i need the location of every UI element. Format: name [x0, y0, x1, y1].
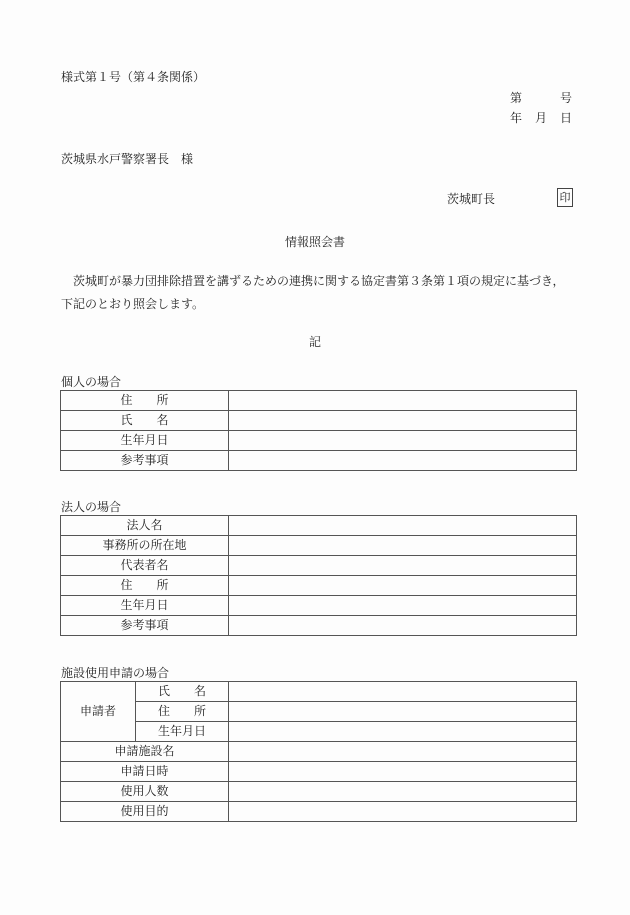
row-label: 申請日時 [61, 762, 229, 782]
table-row: 法人名 [61, 516, 577, 536]
date-month: 月 [535, 109, 547, 126]
individual-table: 住 所 氏 名 生年月日 参考事項 [60, 390, 577, 471]
table-row: 住 所 [61, 702, 577, 722]
date-day: 日 [560, 109, 572, 126]
row-label: 住 所 [61, 576, 229, 596]
representative-name-field[interactable] [229, 556, 577, 576]
row-label: 申請施設名 [61, 742, 229, 762]
row-label: 住 所 [136, 702, 229, 722]
row-label: 使用人数 [61, 782, 229, 802]
row-label: 参考事項 [61, 451, 229, 471]
corporation-table: 法人名 事務所の所在地 代表者名 住 所 生年月日 参考事項 [60, 515, 577, 636]
birthdate-field[interactable] [229, 431, 577, 451]
address-field[interactable] [229, 576, 577, 596]
application-datetime-field[interactable] [229, 762, 577, 782]
table-row: 参考事項 [61, 616, 577, 636]
facility-table: 申請者 氏 名 住 所 生年月日 申請施設名 申請日時 使用人数 使用目的 [60, 681, 577, 822]
table-row: 申請施設名 [61, 742, 577, 762]
table-row: 申請者 氏 名 [61, 682, 577, 702]
applicant-name-field[interactable] [229, 682, 577, 702]
row-label: 法人名 [61, 516, 229, 536]
sender: 茨城町長 [447, 190, 495, 207]
row-label: 代表者名 [61, 556, 229, 576]
corporation-section-label: 法人の場合 [61, 498, 121, 515]
row-label: 使用目的 [61, 802, 229, 822]
facility-name-field[interactable] [229, 742, 577, 762]
row-label: 参考事項 [61, 616, 229, 636]
applicant-label: 申請者 [61, 682, 136, 742]
address-field[interactable] [229, 391, 577, 411]
row-label: 生年月日 [136, 722, 229, 742]
table-row: 代表者名 [61, 556, 577, 576]
number-of-users-field[interactable] [229, 782, 577, 802]
table-row: 氏 名 [61, 411, 577, 431]
doc-number-suffix: 号 [560, 89, 572, 106]
table-row: 申請日時 [61, 762, 577, 782]
body-line-1: 茨城町が暴力団排除措置を講ずるための連携に関する協定書第３条第１項の規定に基づき… [61, 270, 581, 293]
applicant-address-field[interactable] [229, 702, 577, 722]
table-row: 生年月日 [61, 596, 577, 616]
row-label: 氏 名 [61, 411, 229, 431]
form-number: 様式第１号（第４条関係） [61, 68, 205, 85]
corporation-name-field[interactable] [229, 516, 577, 536]
addressee: 茨城県水戸警察署長 様 [61, 150, 193, 167]
row-label: 事務所の所在地 [61, 536, 229, 556]
table-row: 生年月日 [61, 431, 577, 451]
row-label: 生年月日 [61, 596, 229, 616]
document-title: 情報照会書 [0, 233, 630, 250]
body-text: 茨城町が暴力団排除措置を講ずるための連携に関する協定書第３条第１項の規定に基づき… [61, 270, 581, 316]
birthdate-field[interactable] [229, 596, 577, 616]
purpose-of-use-field[interactable] [229, 802, 577, 822]
table-row: 使用人数 [61, 782, 577, 802]
table-row: 使用目的 [61, 802, 577, 822]
remarks-field[interactable] [229, 616, 577, 636]
table-row: 生年月日 [61, 722, 577, 742]
applicant-birthdate-field[interactable] [229, 722, 577, 742]
table-row: 住 所 [61, 576, 577, 596]
seal-stamp-box: 印 [557, 188, 573, 207]
ki-heading: 記 [0, 333, 630, 350]
table-row: 住 所 [61, 391, 577, 411]
office-location-field[interactable] [229, 536, 577, 556]
remarks-field[interactable] [229, 451, 577, 471]
table-row: 参考事項 [61, 451, 577, 471]
doc-number-prefix: 第 [510, 89, 522, 106]
individual-section-label: 個人の場合 [61, 373, 121, 390]
facility-section-label: 施設使用申請の場合 [61, 664, 169, 681]
row-label: 住 所 [61, 391, 229, 411]
body-line-2: 下記のとおり照会します。 [61, 293, 581, 316]
date-year: 年 [510, 109, 522, 126]
table-row: 事務所の所在地 [61, 536, 577, 556]
row-label: 氏 名 [136, 682, 229, 702]
row-label: 生年月日 [61, 431, 229, 451]
name-field[interactable] [229, 411, 577, 431]
